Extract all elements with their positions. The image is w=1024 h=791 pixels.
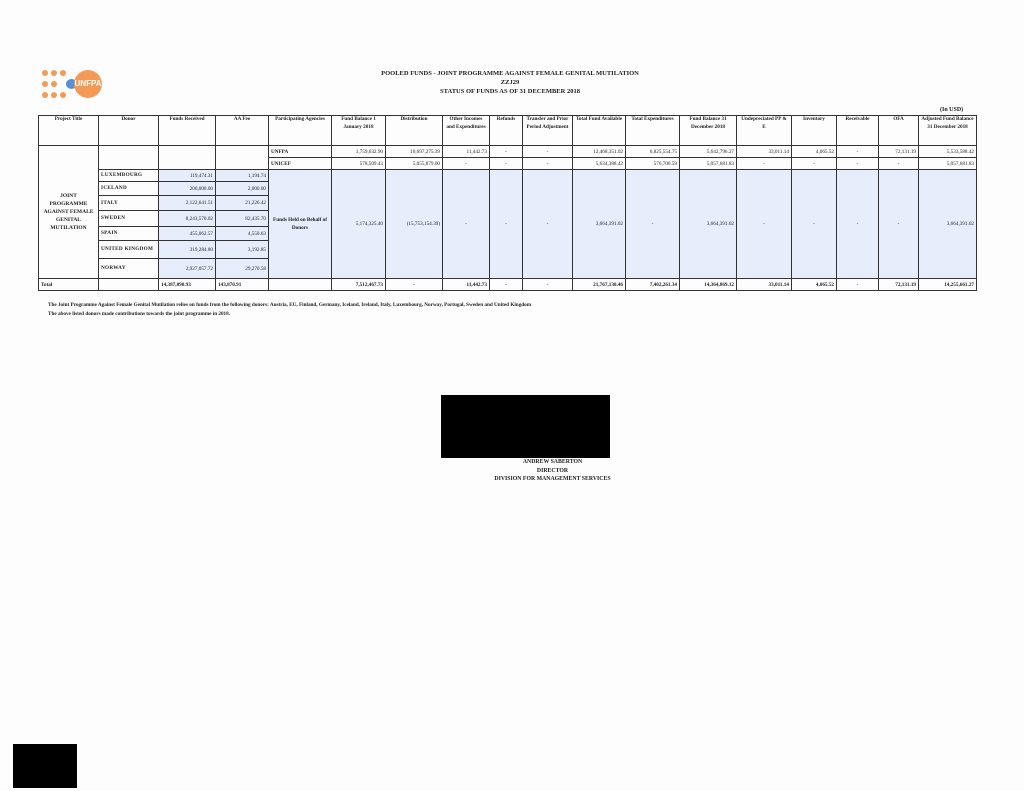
cell-value: - <box>523 170 573 279</box>
status-of-funds-table: Project TitleDonorFunds ReceivedAA FeePa… <box>38 115 977 291</box>
column-header: Total Expenditures <box>626 116 680 146</box>
cell-value: 12,468,351.02 <box>573 146 626 158</box>
cell-value: 578,509.43 <box>332 158 386 170</box>
cell-value: (15,753,154.39) <box>386 170 443 279</box>
total-row: Total14,387,090.93143,870.917,512,467.73… <box>39 279 977 291</box>
column-header: Fund Balance 31 December 2018 <box>680 116 737 146</box>
participating-agency: UNICEF <box>269 158 332 170</box>
note-contributions: The above listed donors made contributio… <box>48 310 531 319</box>
project-title: JOINT PROGRAMME AGAINST FEMALE GENITAL M… <box>39 146 99 279</box>
total-value: 7,512,467.73 <box>332 279 386 291</box>
funds-received-empty <box>159 146 216 170</box>
currency-unit: (In USD) <box>940 107 963 113</box>
cell-value: - <box>490 146 523 158</box>
cell-value: - <box>523 146 573 158</box>
cell-value: 5,533,588.42 <box>919 146 977 158</box>
column-header: Participating Agencies <box>269 116 332 146</box>
document-title: POOLED FUNDS - JOINT PROGRAMME AGAINST F… <box>300 69 720 96</box>
cell-value: 3,664,391.02 <box>919 170 977 279</box>
column-header: AA Fee <box>216 116 269 146</box>
donor-name: SWEDEN <box>99 211 159 227</box>
signatory-name: ANDREW SABERTON <box>440 458 665 467</box>
funds-received: 2,122,641.51 <box>159 196 216 211</box>
funds-received: 119,474.31 <box>159 170 216 182</box>
total-funds-received: 14,387,090.93 <box>159 279 216 291</box>
aa-fee: 82,435.70 <box>216 211 269 227</box>
cell-value: - <box>737 158 792 170</box>
funds-received: 200,000.00 <box>159 182 216 196</box>
column-header: Funds Received <box>159 116 216 146</box>
cell-value: 1,759,632.90 <box>332 146 386 158</box>
cell-value: 4,065.52 <box>792 146 837 158</box>
total-value: 21,767,130.46 <box>573 279 626 291</box>
agency-row: JOINT PROGRAMME AGAINST FEMALE GENITAL M… <box>39 146 977 158</box>
donor-name: NORWAY <box>99 259 159 279</box>
aa-fee: 4,550.63 <box>216 227 269 241</box>
notes: The Joint Programme Against Female Genit… <box>48 301 531 318</box>
total-value: 14,364,869.12 <box>680 279 737 291</box>
cell-value: - <box>443 158 490 170</box>
redacted-signature <box>441 395 610 458</box>
column-header: Total Fund Available <box>573 116 626 146</box>
redacted-stamp <box>13 744 77 788</box>
aa-fee: 2,000.00 <box>216 182 269 196</box>
column-header: Fund Balance 1 January 2018 <box>332 116 386 146</box>
column-header: Inventory <box>792 116 837 146</box>
total-label: Total <box>39 279 99 291</box>
cell-value: - <box>837 146 879 158</box>
title-line-1: POOLED FUNDS - JOINT PROGRAMME AGAINST F… <box>300 69 720 78</box>
cell-value: 5,174,325.40 <box>332 170 386 279</box>
donor-empty <box>99 146 159 170</box>
cell-value: 5,057,681.83 <box>919 158 977 170</box>
total-value: 14,255,661.27 <box>919 279 977 291</box>
cell-value: - <box>792 158 837 170</box>
donor-name: LUXEMBOURG <box>99 170 159 182</box>
total-value: - <box>386 279 443 291</box>
cell-value: - <box>837 170 879 279</box>
column-header: Refunds <box>490 116 523 146</box>
cell-value: 5,642,796.27 <box>680 146 737 158</box>
participating-agency: UNFPA <box>269 146 332 158</box>
donor-name: ICELAND <box>99 182 159 196</box>
cell-value: - <box>443 170 490 279</box>
total-value: - <box>523 279 573 291</box>
logo-text: UNFPA <box>74 70 102 98</box>
unfpa-logo: UNFPA <box>42 66 112 100</box>
cell-value: - <box>879 170 919 279</box>
cell-value: 5,055,879.00 <box>386 158 443 170</box>
column-header: Project Title <box>39 116 99 146</box>
cell-value: 10,697,275.39 <box>386 146 443 158</box>
total-value: - <box>837 279 879 291</box>
funds-received: 455,062.57 <box>159 227 216 241</box>
donor-name: ITALY <box>99 196 159 211</box>
aa-fee: 3,192.85 <box>216 241 269 259</box>
cell-value: - <box>737 170 792 279</box>
donor-row: LUXEMBOURG119,474.311,194.74Funds Held o… <box>39 170 977 182</box>
column-header: Distribution <box>386 116 443 146</box>
cell-value: 5,634,388.42 <box>573 158 626 170</box>
signature-block: ANDREW SABERTON DIRECTOR DIVISION FOR MA… <box>440 458 665 484</box>
donor-name: SPAIN <box>99 227 159 241</box>
funds-received: 2,927,057.72 <box>159 259 216 279</box>
cell-value: 5,057,681.83 <box>680 158 737 170</box>
total-aa-fee: 143,870.91 <box>216 279 269 291</box>
cell-value: 576,706.59 <box>626 158 680 170</box>
cell-value: 11,442.73 <box>443 146 490 158</box>
column-header: Receivable <box>837 116 879 146</box>
signatory-role: DIRECTOR <box>440 467 665 476</box>
column-header: Undepreciated PP & E <box>737 116 792 146</box>
column-header: Transfer and Prior Period Adjustment <box>523 116 573 146</box>
cell-value: 6,825,554.75 <box>626 146 680 158</box>
cell-value: 72,131.19 <box>879 146 919 158</box>
funds-received: 8,243,570.02 <box>159 211 216 227</box>
signatory-division: DIVISION FOR MANAGEMENT SERVICES <box>440 475 665 484</box>
header-row: Project TitleDonorFunds ReceivedAA FeePa… <box>39 116 977 146</box>
total-value: 4,065.52 <box>792 279 837 291</box>
total-value: 11,442.73 <box>443 279 490 291</box>
cell-value: 3,664,391.02 <box>573 170 626 279</box>
cell-value: - <box>523 158 573 170</box>
funds-received: 319,284.80 <box>159 241 216 259</box>
title-line-3: STATUS OF FUNDS AS OF 31 DECEMBER 2018 <box>300 87 720 96</box>
aa-fee: 29,270.58 <box>216 259 269 279</box>
cell-value: - <box>490 170 523 279</box>
total-value: 33,011.14 <box>737 279 792 291</box>
column-header: Other Incomes and Expenditures <box>443 116 490 146</box>
total-value: 7,402,261.34 <box>626 279 680 291</box>
title-line-2: ZZJ29 <box>300 78 720 87</box>
total-value: - <box>490 279 523 291</box>
cell-value: 3,664,391.02 <box>680 170 737 279</box>
aa-fee-empty <box>216 146 269 170</box>
column-header: OFA <box>879 116 919 146</box>
cell-value: - <box>837 158 879 170</box>
note-donors: The Joint Programme Against Female Genit… <box>48 301 531 310</box>
cell-value: - <box>490 158 523 170</box>
total-donor-empty <box>99 279 159 291</box>
cell-value: - <box>879 158 919 170</box>
aa-fee: 1,194.74 <box>216 170 269 182</box>
total-value: 72,131.19 <box>879 279 919 291</box>
cell-value: - <box>626 170 680 279</box>
total-agency-empty <box>269 279 332 291</box>
donor-name: UNITED KINGDOM <box>99 241 159 259</box>
cell-value: 33,011.14 <box>737 146 792 158</box>
column-header: Donor <box>99 116 159 146</box>
funds-held-label: Funds Held on Behalf of Donors <box>269 170 332 279</box>
cell-value: - <box>792 170 837 279</box>
aa-fee: 21,226.42 <box>216 196 269 211</box>
column-header: Adjusted Fund Balance 31 December 2018 <box>919 116 977 146</box>
